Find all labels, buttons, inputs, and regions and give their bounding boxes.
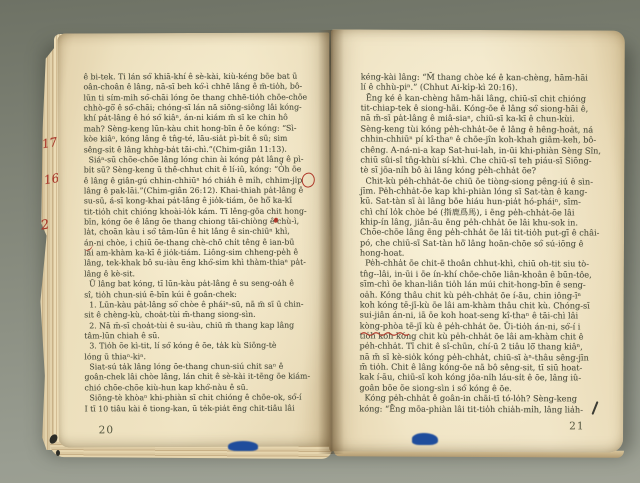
blue-ink-blot-right (412, 433, 438, 445)
text-line: oân-choân ê lâng, nā-sī beh kó͘-ì chhē l… (83, 82, 313, 93)
text-line: bi̍t sū? Sèng-keng ū thê-chhut chit ê lí… (84, 165, 314, 176)
text-line: goân-chek lâi chòe lâng, lán chit ê sè-k… (84, 372, 314, 383)
text-line: kū. Sat-tàn sī ài lâng bōe hiáu hun-pia̍… (360, 196, 614, 207)
text-line: kòe kiâⁿ, kóng lâng ê tn̂g-té, lāu-sia̍t… (84, 134, 314, 145)
right-page: kéng-kài lâng: “M̄ thang chòe ké ê kan-c… (329, 29, 625, 452)
text-line: Siōng-tè khòaⁿ khi-phiàn sī chit chióng … (85, 393, 315, 404)
blue-ink-blot-left (228, 441, 258, 451)
right-page-number: 21 (569, 420, 584, 432)
handwritten-margin-number: 17 (41, 135, 58, 151)
text-line: Ū lâng bat kóng, tī lūn-kàu pa̍t-lâng ê … (84, 279, 314, 290)
right-page-text: kéng-kài lâng: “M̄ thang chòe ké ê kan-c… (359, 71, 614, 414)
text-line: pe̍h-chha̍t. Tī chit ê sî-chūn, chí-ū 2 … (360, 341, 614, 352)
text-line: lâng, tek-khak bô su-iàu ēng khó͘-sim kh… (84, 258, 314, 269)
text-line: kóng: “Ēng mōa-phiàn lâi tit-tio̍h chia̍… (359, 403, 613, 414)
text-line: la̍t, choān kàu i só͘ tâm-lūn ê hit lâng… (84, 227, 314, 238)
text-line: sêng-si̍t ê lâng khǹg-ba̍t tāi-chì.”(Chi… (84, 144, 314, 155)
left-page-number: 20 (99, 424, 114, 436)
text-line: su-sū, á-sī kong-khai pa̍t-lâng ê jio̍k-… (84, 196, 314, 207)
red-wavy-line (361, 331, 409, 337)
text-line: khí pa̍t-lâng ê hó só͘ kiâⁿ, án-ni kiám … (84, 113, 314, 124)
left-page: ê bi-tek. Ti lán só͘ khiā-khí ê sè-kài, … (57, 33, 330, 448)
text-line: sui-jiân án-ni, iā ōe koh hoat-seng kî-t… (360, 310, 614, 321)
text-line: 1. Lūn-kàu pa̍t-lâng só͘ chòe ê pháiⁿ-sū… (84, 299, 314, 310)
corner-smudge (56, 450, 60, 456)
text-line: sīm-chì ōe khan-liân tio̍h lán múi chit-… (360, 279, 614, 290)
left-page-text: ê bi-tek. Ti lán só͘ khiā-khí ê sè-kài, … (83, 72, 314, 415)
open-book: 17 16 2 ê bi-tek. Ti lán só͘ khiā-khí ê … (34, 22, 634, 466)
text-line: ê lâng ê giân-gú chhin-chhiūⁿ hó chia̍h … (84, 175, 314, 186)
text-line: I tī 10 tiâu kài ê tiong-kan, ū te̍k-pia… (85, 403, 315, 414)
text-line: Chōe-chōe lâng ēng pe̍h-chha̍t ōe lâi ti… (360, 227, 614, 238)
text-line: chhin-chhiūⁿ pí kî-thaⁿ ê chōe-jîn koh-k… (360, 134, 614, 145)
photo-background: 17 16 2 ê bi-tek. Ti lán só͘ khiā-khí ê … (0, 0, 640, 483)
text-line: lí ê chhù-piⁿ.” (Chhut Ai-ki̍p-kì 20:16)… (361, 82, 615, 93)
book-gutter-shadow (318, 30, 344, 454)
text-line: 2. Nā m̄-sī choa̍t-tùi ê su-iàu, chiū m̄… (84, 320, 314, 331)
red-wavy-underline-annotation (361, 322, 409, 327)
text-line: Kóng pe̍h-chha̍t ê goân-in chāi-tī tó-lo… (359, 393, 613, 404)
text-line: tè sī jōa-ni̍h bô ài lâng kóng pe̍h-chha… (360, 165, 614, 176)
